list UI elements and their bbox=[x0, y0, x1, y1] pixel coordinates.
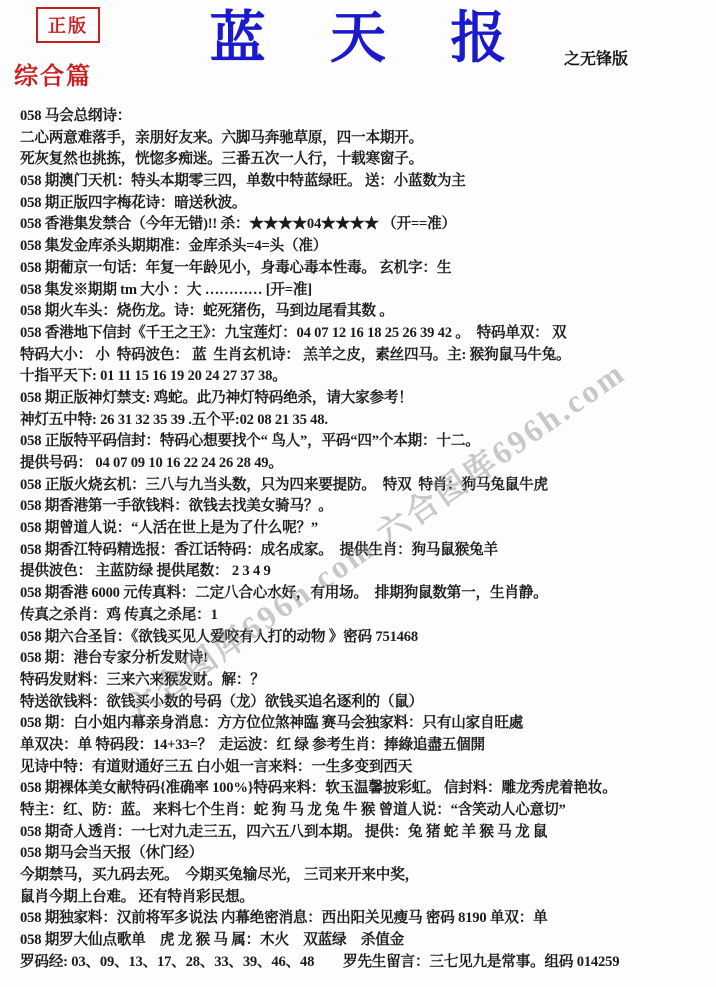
report-line: 058 期马会当天报（休门经） bbox=[20, 843, 710, 865]
report-line: 058 正版特平码信封：特码心想要找个“ 鸟人”，平码“四”个本期：十二。 bbox=[20, 431, 710, 453]
report-line: 二心两意难落手，亲朋好友来。六脚马奔驰草原，四一本期开。 bbox=[20, 128, 710, 150]
report-line: 提供号码： 04 07 09 10 16 22 24 26 28 49。 bbox=[20, 453, 710, 475]
report-line: 传真之杀肖：鸡 传真之杀尾：1 bbox=[20, 605, 710, 627]
report-line: 058 期澳门天机：特头本期零三四，单数中特蓝绿旺。 送：小蓝数为主 bbox=[20, 171, 710, 193]
report-line: 058 期葡京一句话：年复一年龄见小，身毒心毒本性毒。 玄机字：生 bbox=[20, 258, 710, 280]
report-line: 058 期独家料：汉前将军多说法 内幕绝密消息：西出阳关见瘦马 密码 8190 … bbox=[20, 908, 710, 930]
report-line: 罗码经: 03、09、13、17、28、33、39、46、48 罗先生留言：三七… bbox=[20, 952, 710, 974]
edition-label: 之无锋版 bbox=[564, 46, 628, 69]
report-line: 死灰复然也挑拣，恍惚多痴迷。三番五次一人行，十载寒窗子。 bbox=[20, 149, 710, 171]
report-line: 鼠肖今期上台难。 还有特肖彩民想。 bbox=[20, 887, 710, 909]
report-line: 特送欲钱料：欲钱买小数的号码（龙）欲钱买追名逐利的（鼠） bbox=[20, 692, 710, 714]
report-line: 058 期曾道人说：“人活在世上是为了什么呢？” bbox=[20, 518, 710, 540]
report-line: 058 期香江特码精选报：香江话特码：成名成家。 提供生肖：狗马鼠猴兔羊 bbox=[20, 540, 710, 562]
report-line: 058 马会总纲诗： bbox=[20, 106, 710, 128]
report-line: 058 香港集发禁合（今年无错)!! 杀：★★★★04★★★★ （开==准） bbox=[20, 214, 710, 236]
newspaper-page: 正版 蓝 天 报 之无锋版 综合篇 六合图库696h.com.六合图库696h.… bbox=[0, 0, 716, 987]
report-line: 058 期罗大仙点歌单 虎 龙 猴 马 属：木火 双蓝绿 杀值金 bbox=[20, 930, 710, 952]
report-line: 058 期：港台专家分析发财诗! bbox=[20, 648, 710, 670]
report-line: 058 期奇人透肖：一七对九走三五，四六五八到本期。 提供：兔 猪 蛇 羊 猴 … bbox=[20, 822, 710, 844]
report-line: 单双决：单 特码段：14+33=？ 走运波：红 绿 参考生肖：捧綠追盡五個開 bbox=[20, 735, 710, 757]
section-heading: 综合篇 bbox=[14, 56, 92, 91]
report-line: 058 集发金库杀头期期准：金库杀头=4=头（准） bbox=[20, 236, 710, 258]
report-line: 特码发财料：三来六来猴发财。解：？ bbox=[20, 670, 710, 692]
report-line: 058 期正版四字梅花诗：暗送秋波。 bbox=[20, 193, 710, 215]
report-line: 058 期正版神灯禁支: 鸡蛇。此乃神灯特码绝杀，请大家参考！ bbox=[20, 388, 710, 410]
report-line: 058 期六合圣旨：《欲钱买见人爱咬有人打的动物 》密码 751468 bbox=[20, 627, 710, 649]
report-line: 058 期裸体美女献特码{准确率 100%}特码来料：软玉温馨披彩虹。 信封料：… bbox=[20, 778, 710, 800]
report-line: 058 期：白小姐内幕亲身消息：方方位位煞神臨 赛马会独家料：只有山家自旺處 bbox=[20, 713, 710, 735]
report-line: 提供波色： 主蓝防绿 提供尾数： 2 3 4 9 bbox=[20, 561, 710, 583]
report-line: 058 集发※期期 tm 大小 ：大 ………… [开=准] bbox=[20, 280, 710, 302]
report-line: 058 期香港 6000 元传真料：二定八合心水好，有用场。 排期狗鼠数第一，生… bbox=[20, 583, 710, 605]
report-line: 058 期火车头：烧伤龙。诗：蛇死猪伤，马到边尾看其数 。 bbox=[20, 301, 710, 323]
content-lines: 058 马会总纲诗：二心两意难落手，亲朋好友来。六脚马奔驰草原，四一本期开。死灰… bbox=[20, 106, 710, 974]
report-line: 十指平天下: 01 11 15 16 19 20 24 27 37 38。 bbox=[20, 366, 710, 388]
report-line: 058 香港地下信封《千王之王》：九宝莲灯：04 07 12 16 18 25 … bbox=[20, 323, 710, 345]
report-line: 058 期香港第一手欲钱料：欲钱去找美女骑马？。 bbox=[20, 496, 710, 518]
report-line: 今期禁马，买九码去死。 今期买兔输尽光， 三司来开来中奖， bbox=[20, 865, 710, 887]
report-line: 神灯五中特: 26 31 32 35 39 .五个平:02 08 21 35 4… bbox=[20, 410, 710, 432]
report-line: 见诗中特：有道财通好三五 白小姐一言来料：一生多变到西天 bbox=[20, 757, 710, 779]
report-line: 特码大小： 小 特码波色： 蓝 生肖玄机诗： 羔羊之皮，素丝四马。主: 猴狗鼠马… bbox=[20, 345, 710, 367]
report-line: 058 正版火烧玄机：三八与九当头数，只为四来要提防。 特双 特肖：狗马兔鼠牛虎 bbox=[20, 475, 710, 497]
report-line: 特主：红、防：蓝。 来料七个生肖：蛇 狗 马 龙 兔 牛 猴 曾道人说：“含笑动… bbox=[20, 800, 710, 822]
